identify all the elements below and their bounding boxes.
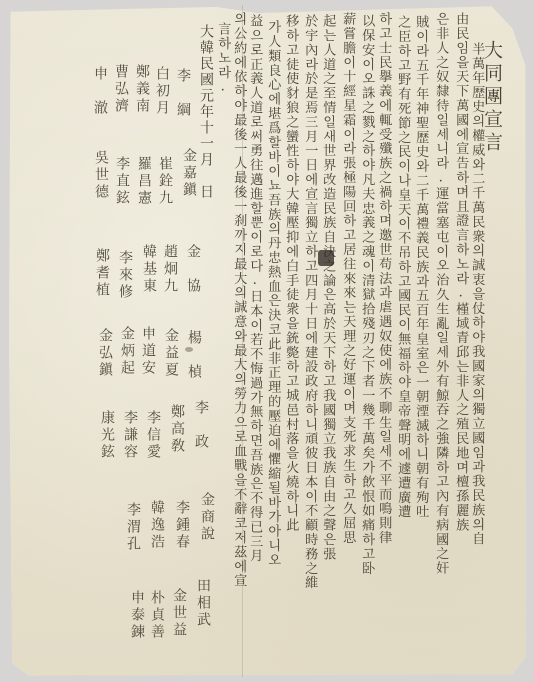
- signatory-name: 吳世德: [94, 150, 108, 201]
- closing-text: 言하노라.: [216, 22, 229, 96]
- body-column: 以保安이오誅之戮之하야凡夫忠義之魂이清獄拾殘刃之下者一幾千萬矣가飲恨如痛하고卧: [360, 14, 373, 576]
- body-column: 가人類良心에堪爲할바이뇨吾族의丹忠熱血은決코此非正理的壓迫에懼縮될바가아니오: [266, 20, 279, 567]
- body-column: 半萬年歷史의權威와二千萬民衆의誠衷을仗하야我國家의獨立國임과我民族의自: [470, 42, 483, 546]
- signatory-name: 申𡊝澈: [93, 66, 107, 117]
- signatory-name: 申泰鍊: [130, 590, 144, 641]
- signatory-name: 金嘉鎭: [182, 148, 196, 199]
- signatory-name: 李渭孔: [126, 502, 140, 553]
- signatory-name: 金益夏: [164, 328, 178, 379]
- body-column: 은非人之奴隸待일세니라.運當塞屯이오治久生亂일세外有鯨吞之強隣하고內有病國之奸: [434, 12, 447, 575]
- signatory-name: 金商說: [200, 492, 214, 543]
- body-column: 由民임을天下萬國에宣告하며且證言하노라.槿域青邱는非人之殖民地며檀孫麗族: [454, 12, 467, 532]
- ink-smudge: [185, 347, 193, 352]
- body-column: 於宇內라於是焉三月一日에宣言獨立하고四月十日에建設政府하니頑彼日本이不顧時務之維: [303, 14, 316, 590]
- signatory-name: 申道安: [141, 326, 155, 377]
- signatory-name: 曹弘濟: [114, 64, 128, 115]
- signatory-name: 李 政: [194, 400, 208, 451]
- signatory-name: 李 綱: [176, 68, 190, 119]
- signatory-name: 金世益: [172, 588, 186, 639]
- document-viewer: 大同團宣言 半萬年歷史의權威와二千萬民衆의誠衷을仗하야我國家의獨立國임과我民族의…: [0, 0, 534, 682]
- signatory-name: 田相武: [196, 578, 210, 629]
- signatory-name: 朴貞善: [150, 590, 164, 641]
- signatory-name: 韓基東: [142, 244, 156, 295]
- ink-stamp-mark: [318, 250, 334, 266]
- signatory-name: 康光鉉: [100, 410, 114, 461]
- signatory-name: 楊 楨: [187, 330, 201, 381]
- body-column: 의公約에依하야最後一人最後一刹까지最大의誠意와最大의勞力으로血戰을不辭코저茲에宣: [232, 12, 245, 588]
- signatory-name: 李信愛: [146, 410, 160, 461]
- body-column: 之臣하고野有死節之民이나皇天이不吊하고國民이無福하야皇帝聲明에遽遭廣遭: [396, 15, 409, 519]
- signatory-name: 李來修: [118, 250, 132, 301]
- body-column: 起는人道之至情일새世界改造民族自決之論은高於天下하고我國獨立我族自由之聲은張: [321, 14, 334, 561]
- signatory-name: 李謙容: [123, 410, 137, 461]
- signatory-name: 金炳起: [120, 326, 134, 377]
- signatory-name: 崔銓九: [158, 156, 172, 207]
- signatory-name: 李直鉉: [115, 156, 129, 207]
- signatory-name: 鄭耆植: [95, 248, 109, 299]
- document-date: 大韓民國元年十一月 日: [199, 24, 213, 200]
- signatory-name: 金弘鎭: [98, 328, 112, 379]
- signatory-name: 金 協: [186, 244, 200, 295]
- signatory-name: 趙炯九: [163, 244, 177, 295]
- signatory-name: 白初月: [155, 66, 169, 117]
- document-title: 大同團宣言: [482, 40, 501, 155]
- body-column: 移하고徒使豺狼之蠻性하야大韓壓抑에白手徒衆을銃斃하고城邑村落을火燒하니此: [284, 14, 297, 532]
- signatory-name: 李鍾春: [175, 500, 189, 551]
- signatory-name: 韓逸浩: [150, 500, 164, 551]
- body-column: 薪嘗膽이十經星霜이라張極陽回하고居往來來는天理之好運이며支死求生하고久屈思: [341, 12, 354, 545]
- body-column: 하고士民擧義에輒受殲族之禍하며邀世苟法과虐遇奴使에族不聊生일세不平而鳴則律: [377, 12, 390, 545]
- signatory-name: 鄭義南: [135, 64, 149, 115]
- signatory-name: 鄭高敎: [170, 404, 184, 455]
- body-column: 賊이라五千年神聖歷史와二千萬禮義民族과五百年皇室은一朝湮滅하니朝有殉吐: [414, 15, 427, 519]
- body-column: 益으로正義人道로써勇往邁進할뿐이로다.日本이若不悔過가無하면吾族은不得已三月: [248, 14, 261, 563]
- signatory-name: 羅昌憲: [137, 156, 151, 207]
